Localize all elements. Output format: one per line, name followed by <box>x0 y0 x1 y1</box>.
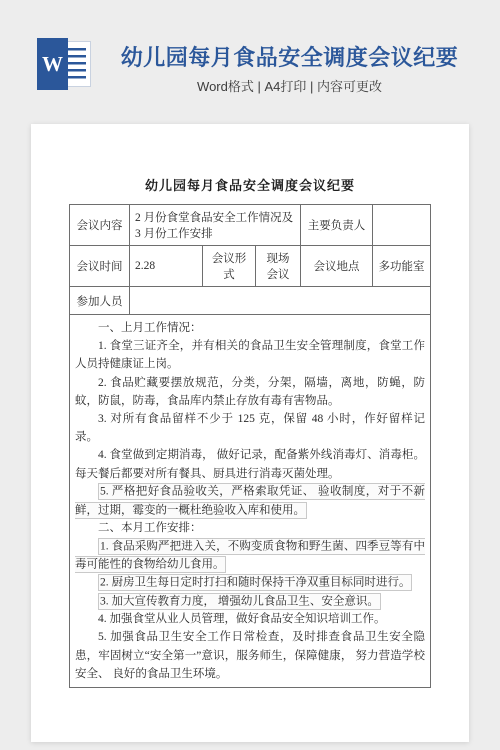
meeting-place-label: 会议地点 <box>301 246 373 287</box>
document-title: 幼儿园每月食品安全调度会议纪要 <box>31 175 469 194</box>
meeting-info-table: 会议内容 2 月份食堂食品安全工作情况及 3 月份工作安排 主要负责人 会议时间… <box>69 204 431 688</box>
table-row-content: 会议内容 2 月份食堂食品安全工作情况及 3 月份工作安排 主要负责人 <box>69 205 430 246</box>
attendees-value <box>129 287 430 315</box>
section2-heading: 二、本月工作安排： <box>75 519 425 537</box>
highlighted-text: 5. 严格把好食品验收关，严格索取凭证、 验收制度，对于不新鲜，过期，霉变的一概… <box>75 483 425 518</box>
section1-item-1: 1. 食堂三证齐全，并有相关的食品卫生安全管理制度，食堂工作人员持健康证上岗。 <box>75 337 425 373</box>
meeting-form-label: 会议形式 <box>202 246 255 287</box>
section2-item-5: 5. 加强食品卫生安全工作日常检查，及时排查食品卫生安全隐患，牢固树立“安全第一… <box>75 628 425 683</box>
meeting-time-label: 会议时间 <box>69 246 129 287</box>
section1-item-5: 5. 严格把好食品验收关，严格索取凭证、 验收制度，对于不新鲜，过期，霉变的一概… <box>75 483 425 519</box>
table-row-attendees: 参加人员 <box>69 287 430 315</box>
meeting-content-value: 2 月份食堂食品安全工作情况及 3 月份工作安排 <box>129 205 300 246</box>
table-row-minutes-body: 一、上月工作情况： 1. 食堂三证齐全，并有相关的食品卫生安全管理制度，食堂工作… <box>69 315 430 688</box>
section2-item-3: 3. 加大宣传教育力度， 增强幼儿食品卫生、安全意识。 <box>75 592 425 610</box>
header: W 幼儿园每月食品安全调度会议纪要 Word格式 | A4打印 | 内容可更改 <box>0 0 500 123</box>
document-page: 幼儿园每月食品安全调度会议纪要 会议内容 2 月份食堂食品安全工作情况及 3 月… <box>31 124 469 742</box>
meeting-place-value: 多功能室 <box>373 246 431 287</box>
meeting-form-value: 现场会议 <box>255 246 300 287</box>
template-preview-screen: W 幼儿园每月食品安全调度会议纪要 Word格式 | A4打印 | 内容可更改 … <box>0 0 500 750</box>
section1-heading: 一、上月工作情况： <box>75 319 425 337</box>
highlighted-text: 3. 加大宣传教育力度， 增强幼儿食品卫生、安全意识。 <box>98 593 381 610</box>
lead-person-value <box>373 205 431 246</box>
section2-item-1: 1. 食品采购严把进入关，不购变质食物和野生菌、四季豆等有中毒可能性的食物给幼儿… <box>75 537 425 573</box>
section2-item-4: 4. 加强食堂从业人员管理，做好食品安全知识培训工作。 <box>75 610 425 628</box>
section2-item-2: 2. 厨房卫生每日定时打扫和随时保持干净双重目标同时进行。 <box>75 574 425 592</box>
word-icon-text-lines <box>66 48 86 80</box>
word-icon-letter: W <box>37 38 68 90</box>
highlighted-text: 2. 厨房卫生每日定时打扫和随时保持干净双重目标同时进行。 <box>98 574 413 591</box>
attendees-label: 参加人员 <box>69 287 129 315</box>
section1-item-4: 4. 食堂做到定期消毒， 做好记录，配备紫外线消毒灯、消毒柜。每天餐后都要对所有… <box>75 446 425 482</box>
minutes-body-cell: 一、上月工作情况： 1. 食堂三证齐全，并有相关的食品卫生安全管理制度，食堂工作… <box>69 315 430 688</box>
section1-item-3: 3. 对所有食品留样不少于 125 克，保留 48 小时，作好留样记录。 <box>75 410 425 446</box>
highlighted-text: 1. 食品采购严把进入关，不购变质食物和野生菌、四季豆等有中毒可能性的食物给幼儿… <box>75 538 425 573</box>
meeting-content-label: 会议内容 <box>69 205 129 246</box>
template-subtitle: Word格式 | A4打印 | 内容可更改 <box>93 76 486 95</box>
section1-item-2: 2. 食品贮藏要摆放规范，分类，分架，隔墙，离地，防蝇，防蚊，防鼠，防毒，食品库… <box>75 374 425 410</box>
table-row-time: 会议时间 2.28 会议形式 现场会议 会议地点 多功能室 <box>69 246 430 287</box>
word-icon: W <box>37 38 93 90</box>
template-title: 幼儿园每月食品安全调度会议纪要 <box>93 44 486 71</box>
meeting-time-value: 2.28 <box>129 246 202 287</box>
header-text: 幼儿园每月食品安全调度会议纪要 Word格式 | A4打印 | 内容可更改 <box>93 38 500 95</box>
lead-person-label: 主要负责人 <box>301 205 373 246</box>
